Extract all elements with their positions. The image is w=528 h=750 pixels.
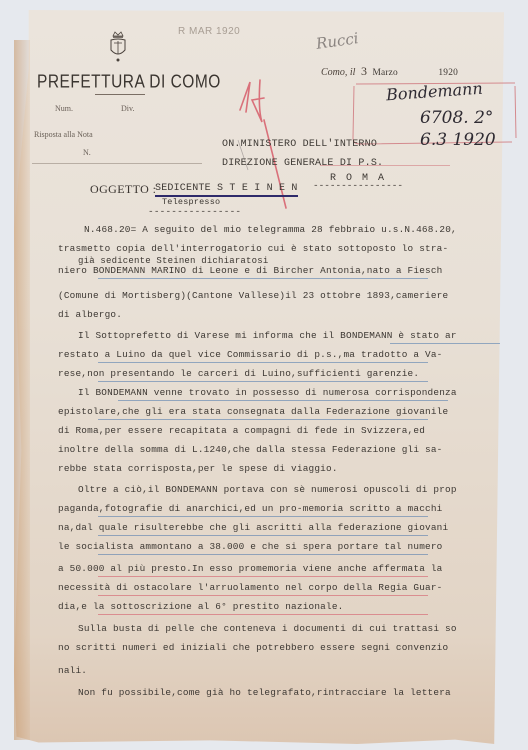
body-line: a 50.000 al più presto.In esso promemori… xyxy=(58,563,443,574)
place: Como, il xyxy=(321,67,355,78)
body-line: Oltre a ciò,il BONDEMANN portava con sè … xyxy=(78,484,457,495)
handwritten-date: 6.3 1920 xyxy=(420,130,496,150)
body-line: no scritti numeri ed iniziali che potreb… xyxy=(58,642,448,653)
body-line: Non fu possibile,come già ho telegrafato… xyxy=(78,687,451,698)
pencil-underline xyxy=(98,535,428,536)
paper-stain xyxy=(14,40,30,740)
body-line: trasmetto copia dell'interrogatorio cui … xyxy=(58,243,448,254)
num-label: Num. xyxy=(55,104,73,113)
div-label: Div. xyxy=(121,104,134,113)
pencil-underline xyxy=(98,278,428,279)
body-line: restato a Luino da quel vice Commissario… xyxy=(58,349,443,360)
recipient-line-2: DIREZIONE GENERALE DI P.S. xyxy=(222,158,383,169)
letterhead-divider xyxy=(95,94,145,95)
royal-crest-icon xyxy=(107,30,129,64)
body-line: niero BONDEMANN MARINO di Leone e di Bir… xyxy=(58,265,443,276)
pencil-underline xyxy=(98,381,428,382)
body-line: Sulla busta di pelle che conteneva i doc… xyxy=(78,623,457,634)
body-line: epistolare,che gli era stata consegnata … xyxy=(58,406,448,417)
recipient-underline xyxy=(320,165,450,166)
pencil-underline xyxy=(98,419,428,420)
header-rule xyxy=(32,163,202,164)
body-line: necessità di ostacolare l'arruolamento n… xyxy=(58,582,443,593)
body-line: rese,non presentando le carceri di Luino… xyxy=(58,368,419,379)
body-line: paganda,fotografie di anarchici,ed un pr… xyxy=(58,503,443,514)
pencil-underline xyxy=(390,343,500,344)
body-line: dia,e la sottoscrizione al 6° prestito n… xyxy=(58,601,343,612)
body-line: N.468.20= A seguito del mio telegramma 2… xyxy=(84,224,457,235)
city-dashes: ---------------- xyxy=(313,180,403,191)
subject-label: OGGETTO : xyxy=(90,182,156,197)
handwritten-protocol: 6708. 2° xyxy=(420,108,493,128)
recipient-line-1: ON.MINISTERO DELL'INTERNO xyxy=(222,139,377,150)
month: Marzo xyxy=(372,68,397,78)
day: 3 xyxy=(361,64,367,78)
received-stamp: R MAR 1920 xyxy=(178,26,240,37)
body-line: inoltre della somma di L.1240,che dalla … xyxy=(58,444,443,455)
body-line: Il BONDEMANN venne trovato in possesso d… xyxy=(78,387,457,398)
body-line: na,dal quale risulterebbe che gli ascrit… xyxy=(58,522,448,533)
pencil-underline xyxy=(98,554,428,555)
letterhead-office: PREFETTURA DI COMO xyxy=(37,72,221,94)
body-line: di albergo. xyxy=(58,309,122,320)
reply-label: Risposta alla Nota xyxy=(34,130,93,139)
pencil-underline xyxy=(98,516,428,517)
body-line: le socialista ammontano a 38.000 e che s… xyxy=(58,541,443,552)
pencil-underline xyxy=(118,400,448,401)
body-line: rebbe stata corrisposta,per le spese di … xyxy=(58,463,338,474)
place-date: Como, il 3 Marzo 1920 xyxy=(321,64,458,79)
subject-text: SEDICENTE S T E I N E N xyxy=(155,183,298,197)
body-line: nali. xyxy=(58,665,87,676)
year: 1920 xyxy=(438,68,458,78)
pencil-underline xyxy=(98,362,428,363)
body-line: (Comune di Mortisberg)(Cantone Vallese)i… xyxy=(58,290,448,301)
pencil-underline xyxy=(98,595,428,596)
body-line: di Roma,per essere recapitata a compagni… xyxy=(58,425,425,436)
subject-dashes: ---------------- xyxy=(148,206,241,217)
body-line: Il Sottoprefetto di Varese mi informa ch… xyxy=(78,330,457,341)
n-label: N. xyxy=(83,148,91,157)
pencil-underline xyxy=(98,576,428,577)
pencil-underline xyxy=(98,614,428,615)
